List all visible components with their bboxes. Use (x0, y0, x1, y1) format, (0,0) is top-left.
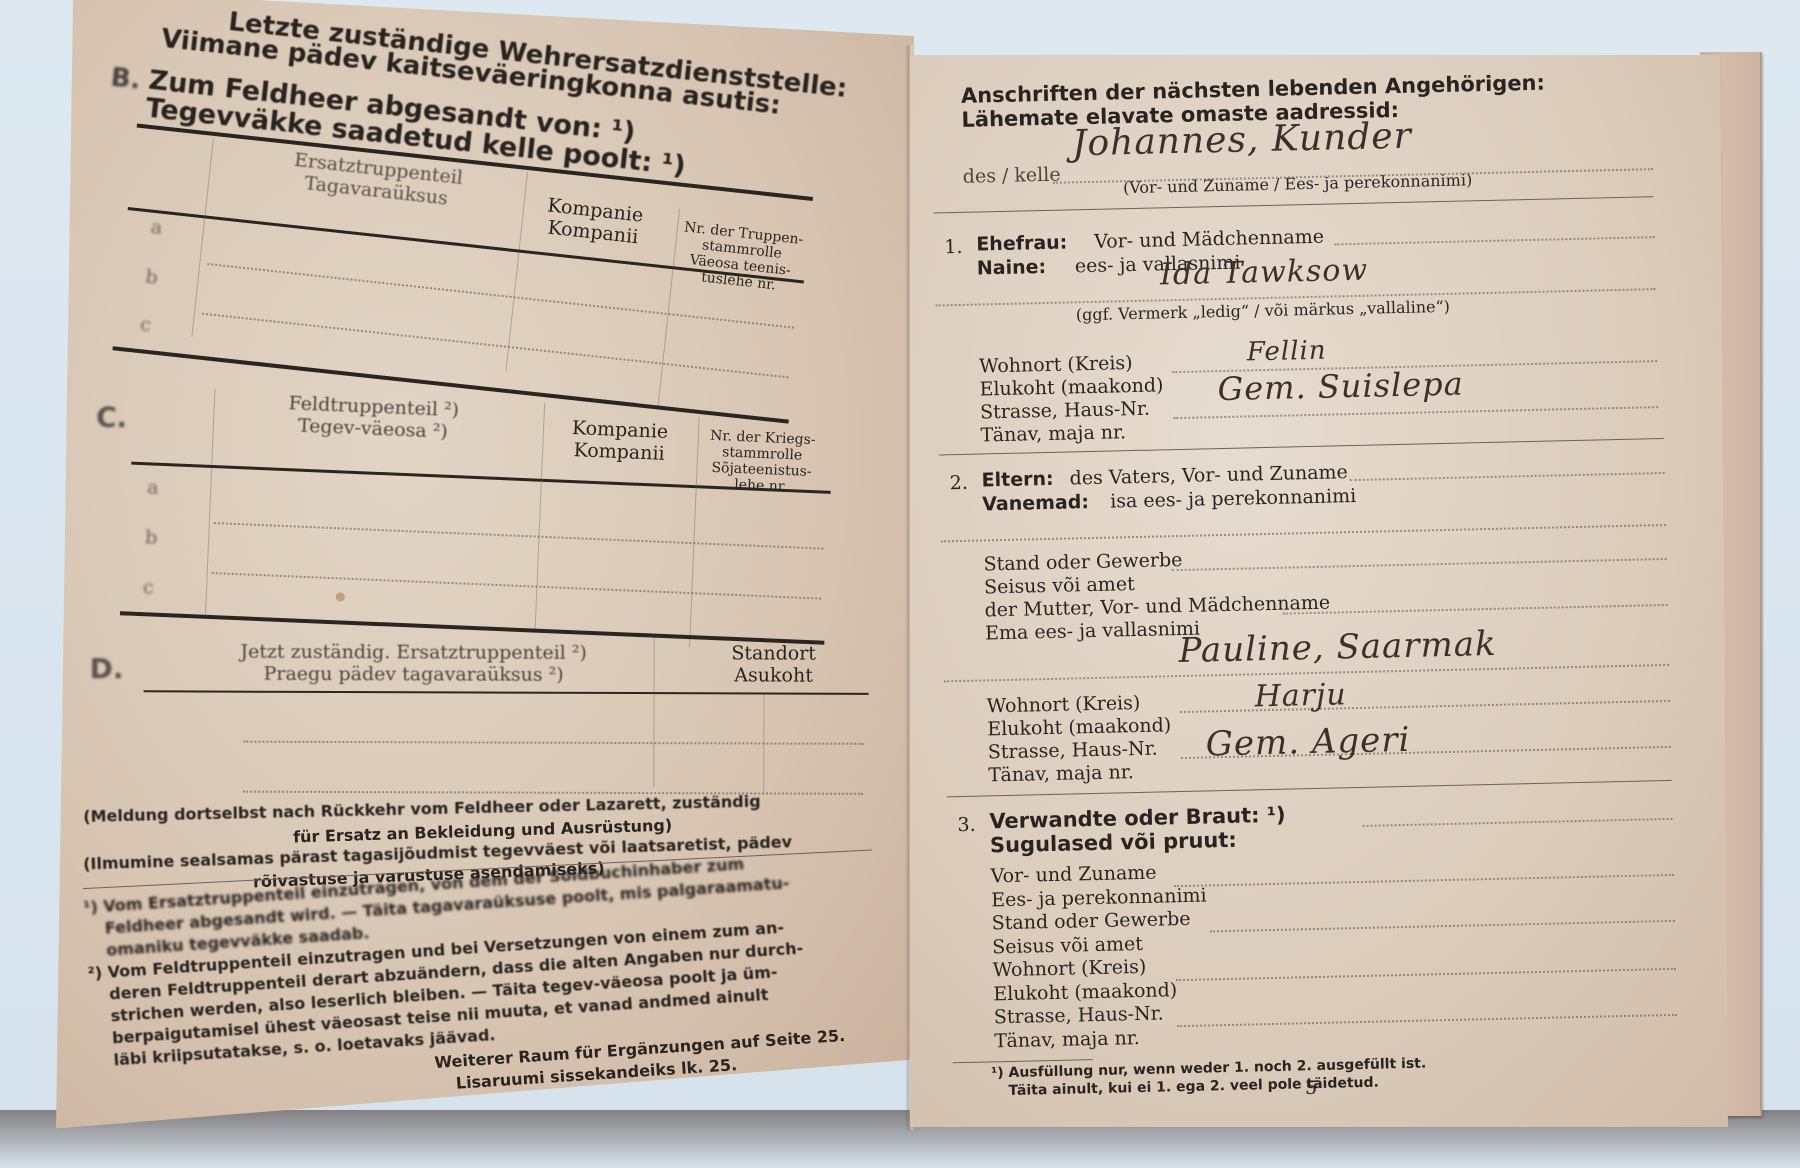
col-d2-header: Standort Asukoht (694, 642, 854, 687)
item2-handwritten-kreis: Harju (1254, 677, 1347, 714)
owner-handwritten-name: Johannes, Kunder (1072, 116, 1413, 165)
item2-sub-et: isa ees- ja perekonnanimi (1110, 485, 1356, 513)
item3-title-de: Verwandte oder Braut: ¹) (989, 803, 1286, 834)
col-d1-header: Jetzt zuständig. Ersatztruppenteil ²) Pr… (174, 640, 654, 686)
item3-title-et: Sugulased või pruut: (990, 828, 1237, 858)
left-page: Letzte zuständige Wehrersatzdienststelle… (56, 0, 914, 1140)
owner-caption: (Vor- und Zuname / Ees- ja perekonnanimi… (1123, 170, 1473, 197)
item2-title-de: Eltern: (981, 468, 1053, 492)
section-d-letter: D. (90, 652, 124, 685)
item2-address-labels: Wohnort (Kreis) Elukoht (maakond) Strass… (987, 691, 1173, 787)
item1-handwritten-street: Gem. Suislepa (1217, 365, 1464, 409)
item1-title-de: Ehefrau: (976, 231, 1067, 255)
item2-number: 2. (949, 472, 968, 494)
item1-handwritten-kreis: Fellin (1246, 336, 1326, 368)
item1-address-labels: Wohnort (Kreis) Elukoht (maakond) Strass… (979, 351, 1165, 447)
item3-number: 3. (957, 814, 976, 836)
item1-sub-de: Vor- und Mädchenname (1094, 226, 1324, 253)
right-page: Anschriften der nächsten lebenden Angehö… (910, 55, 1728, 1127)
item2-handwritten-street: Gem. Ageri (1205, 720, 1411, 765)
page-number-right: 5 (1305, 1077, 1317, 1099)
owner-label: des / kelle (963, 164, 1061, 188)
item1-handwritten-name: Ida Tawksow (1160, 253, 1369, 293)
item1-title-et: Naine: (977, 256, 1047, 280)
item2-handwritten-mother: Pauline, Saarmak (1178, 624, 1497, 671)
item1-number: 1. (944, 236, 963, 258)
item2-title-et: Vanemad: (982, 491, 1089, 515)
